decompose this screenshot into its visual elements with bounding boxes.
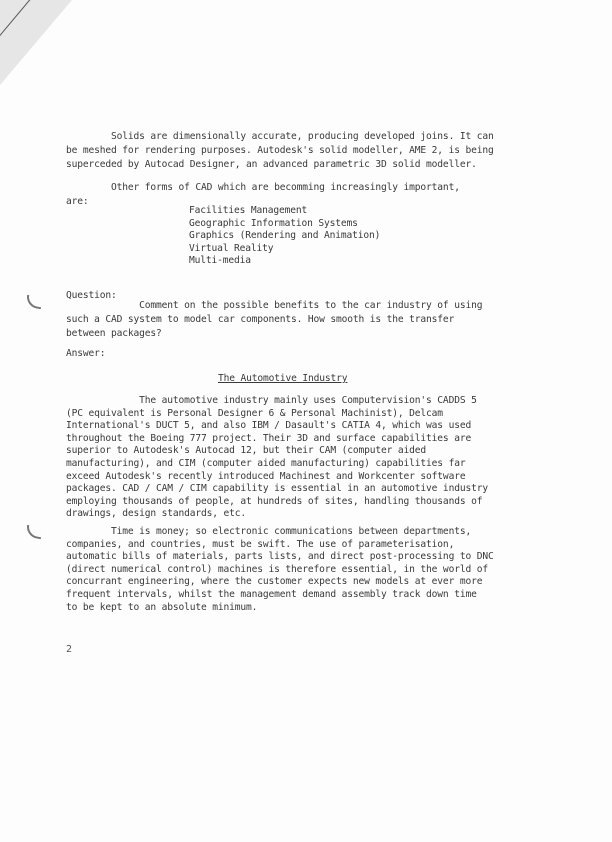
list-item: Geographic Information Systems — [189, 218, 358, 229]
punch-hole-mark — [25, 295, 43, 310]
answer-label: Answer: — [66, 348, 105, 359]
list-item: Facilities Management — [189, 205, 307, 216]
text-line: International's DUCT 5, and also IBM / D… — [66, 420, 471, 431]
text-line: automatic bills of materials, parts list… — [66, 551, 494, 562]
text-line: Other forms of CAD which are becomming i… — [66, 182, 460, 193]
list-item: Multi-media — [189, 255, 251, 266]
text-line: The automotive industry mainly uses Comp… — [66, 395, 477, 406]
list-item: Virtual Reality — [189, 243, 273, 254]
punch-hole-mark — [25, 525, 43, 540]
text-line: superceded by Autocad Designer, an advan… — [66, 159, 477, 170]
folded-corner — [0, 0, 72, 85]
text-line: employing thousands of people, at hundre… — [66, 496, 482, 507]
page-number: 2 — [66, 644, 72, 655]
text-line: frequent intervals, whilst the managemen… — [66, 589, 477, 600]
text-line: superior to Autodesk's Autocad 12, but t… — [66, 445, 426, 456]
text-line: throughout the Boeing 777 project. Their… — [66, 433, 471, 444]
section-heading: The Automotive Industry — [218, 373, 347, 384]
text-line: exceed Autodesk's recently introduced Ma… — [66, 471, 465, 482]
list-item: Graphics (Rendering and Animation) — [189, 230, 380, 241]
text-line: be meshed for rendering purposes. Autode… — [66, 145, 494, 156]
text-line: drawings, design standards, etc. — [66, 508, 246, 519]
text-line: between packages? — [66, 328, 162, 339]
text-line: Time is money; so electronic communicati… — [66, 526, 471, 537]
text-line: Solids are dimensionally accurate, produ… — [66, 131, 494, 142]
text-line: packages. CAD / CAM / CIM capability is … — [66, 483, 488, 494]
text-line: Comment on the possible benefits to the … — [66, 300, 482, 311]
text-line: companies, and countries, must be swift.… — [66, 539, 454, 550]
text-line: such a CAD system to model car component… — [66, 314, 454, 325]
text-line: manufacturing), and CIM (computer aided … — [66, 458, 465, 469]
text-line: are: — [66, 196, 89, 207]
text-line: to be kept to an absolute minimum. — [66, 602, 257, 613]
text-line: (PC equivalent is Personal Designer 6 & … — [66, 408, 443, 419]
text-line: (direct numerical control) machines is t… — [66, 564, 488, 575]
text-line: concurrant engineering, where the custom… — [66, 576, 482, 587]
scanned-page: Solids are dimensionally accurate, produ… — [0, 0, 612, 842]
